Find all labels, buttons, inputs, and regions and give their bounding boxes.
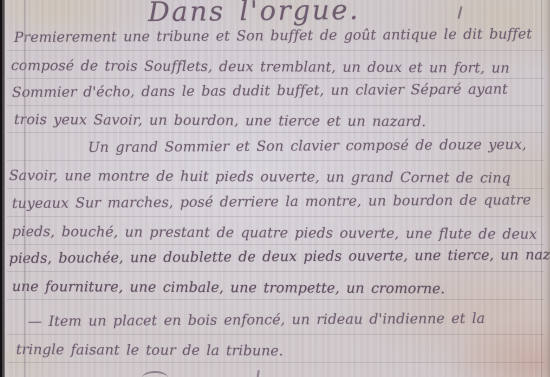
photo-right-edge [544,0,550,377]
ruled-guideline [7,160,544,161]
ruled-guideline [7,299,544,300]
manuscript-photo: Dans l'orgue. Premierement une tribune e… [0,0,550,377]
manuscript-line: pieds, bouché, un prestant de quatre pie… [12,224,537,243]
ruled-guideline [7,244,544,245]
manuscript-line: composé de trois Soufflets, deux trembla… [11,58,510,77]
ruled-guideline [7,271,544,272]
ruled-guideline [7,334,544,335]
ruled-guideline [7,105,544,106]
manuscript-line: une fourniture, une cimbale, une trompet… [12,279,445,297]
ruled-guideline [7,216,544,217]
ruled-guideline [7,188,544,189]
manuscript-line: tringle faisant le tour de la tribune. [16,342,283,359]
ruled-guideline [7,362,544,363]
manuscript-line: trois yeux Savoir, un bourdon, une tierc… [14,112,426,130]
ruled-guideline [7,78,544,79]
ruled-guideline [7,50,544,51]
manuscript-line: Un grand Sommier et Son clavier composé … [88,137,527,156]
manuscript-line: — Item un placet en bois enfoncé, un rid… [28,311,485,330]
manuscript-line: Savoir, une montre de huit pieds ouverte… [9,168,511,187]
photo-left-edge [0,0,5,377]
ruled-guideline [7,132,544,133]
page-fold-line [24,0,27,377]
right-margin-line [541,0,542,377]
document-title: Dans l'orgue. [148,0,360,28]
